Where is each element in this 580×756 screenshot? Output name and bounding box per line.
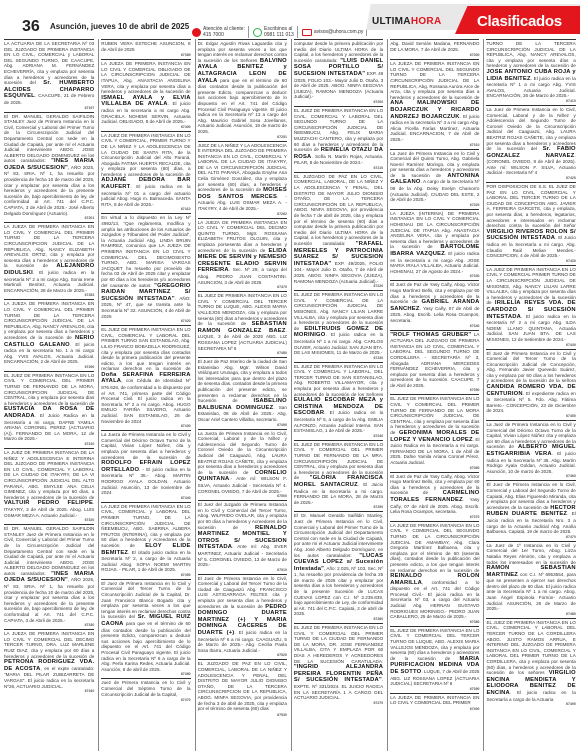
legal-notice: El Juez de Primera Instancia en lo Civil… [486, 480, 575, 540]
notice-code: 67310 [4, 442, 94, 446]
notice-text: Abg. David Servián Madana, FERNANDO DE L… [390, 41, 479, 52]
notice-code: 67430 [486, 259, 575, 263]
notice-text: para que en el término de 60 días contad… [198, 78, 287, 134]
legal-notice: El Juez de Primera Instancia en lo Civil… [101, 579, 190, 679]
legal-notice: EL JUEZ DE PRIMERA INSTANCIA EN LO CIVIL… [390, 394, 479, 471]
deceased-name: "INGRID ALEJANDRA PEREIRA FLORENTIN PEÑA… [294, 664, 383, 683]
notice-text: LA JUEZA DE PRIMERA INSTANCIA EN LO CIVI… [4, 631, 94, 658]
notice-code: 67510 [198, 568, 287, 572]
contact-whatsapp: Escribinos al 0981 111 013 [253, 26, 298, 38]
notice-text: , AÑO 2025, Nº 83, SRIA. Nº 1, ha resuel… [4, 165, 94, 216]
legal-notice: LA JUEZA DE PRIMERA INSTANCIA EN LO CIVI… [101, 59, 190, 131]
legal-notice: LA JUEZA DE PRIMERA INSTANCIA EN LO CIVI… [4, 222, 94, 299]
column-4: computar desde la primera publicación po… [291, 39, 385, 751]
notice-text: para que en el término de 60 días contad… [101, 621, 190, 672]
notice-code: 67251 [198, 135, 287, 139]
notice-code: 67370 [390, 515, 479, 519]
legal-notice: LA ACTUARIA DE LA SECRETARIA Nº 03 DEL J… [4, 39, 94, 112]
notice-text: La Juez de 1º Instancia en lo Civil y Co… [486, 543, 575, 565]
notice-text: RUBEN VERA ESTECHE ASUNCION, 8 de Abril … [101, 41, 190, 52]
legal-notice: EL JUZGADO DE PAZ EN LO CIVIL, COMERCIAL… [294, 172, 383, 290]
notice-text: La Jueza de Primera Instancia en lo Civi… [198, 431, 287, 475]
notice-text: , AÑO 2025, Nº 83, SRIA. Nº 1, ha resuel… [4, 577, 94, 622]
legal-notice: LA JUEZ DE PRIMERA INSTANCIA DE LA NIÑEZ… [4, 448, 94, 524]
legal-notice: LA JUEZ DE PRIMERA INSTANCIA EN LO CIVIL… [486, 265, 575, 349]
notice-text: LA JUEZ DE PRIMERA INSTANCIA EN LO CIVIL… [101, 133, 190, 177]
notice-text: En virtud a lo dispuesto en la Ley Nº 49… [101, 215, 190, 287]
notice-text: LA ACTUARIA DE LA SECRETARIA Nº 03 DEL J… [4, 41, 94, 85]
notice-code: 67410 [486, 99, 575, 103]
legal-notice: LA JUEZA DE PRIMERA INSTANCIA EN LO CIVI… [390, 59, 479, 148]
legal-notice: El Dr. Manuel Geraldo Saifildin Stanley,… [294, 511, 383, 623]
legal-notice: LA JUEZA (INTERINA) DE PRIMERA INSTANCIA… [390, 209, 479, 281]
notice-code: 67340 [4, 689, 94, 693]
legal-notice: El Juez de Paz Interino de la ciudad de … [198, 357, 287, 429]
notice-code: 67440 [101, 496, 190, 500]
notice-text: , conformidad a lo dispuesto en el Art. … [390, 580, 479, 620]
notice-code: 67250 [294, 505, 383, 509]
notice-text: La Juez de Primera Instancia en lo Civil… [486, 107, 575, 151]
legal-notice: La Juez de Primera Instancia en lo Civil… [390, 149, 479, 209]
legal-notice: EL JUEZ DE PRIMERA INSTANCIA EN LO CIVIL… [198, 291, 287, 357]
notice-code: 67440 [486, 343, 575, 347]
notice-text: , Año: 2.025, Nº 103, Sec. Nº 1, ha resu… [294, 566, 383, 617]
legal-notice: LA JUEZ DE PRIMERA INSTANCIA EN LO CIVIL… [101, 502, 190, 579]
notice-text: El DR. MANUEL GERALDO SAIFILDIN STANLEY … [4, 526, 94, 576]
brand-part1: ULTIMA [372, 16, 411, 27]
legal-notice: El Juez de Paz de Yasy Cañy, Abog. Vícto… [390, 280, 479, 329]
brand-part2: HORA [411, 16, 442, 27]
notice-text: JUEZ DE LA NIÑEZ Y LA ADOLESCENCIA E INT… [198, 143, 287, 193]
notice-text: LA JUEZA DE PRIMERA INSTANCIA EN LO CIVI… [4, 224, 94, 268]
notice-code: 67240 [294, 434, 383, 438]
notice-code: 67450 [101, 573, 190, 577]
notice-text: EL JUZGADO DE PAZ EN LO CIVIL, COMERCIAL… [294, 174, 383, 246]
legal-notice: LA JUEZA DE PRIMERA INSTANCIA EN LO CIVI… [198, 218, 287, 292]
legal-notice: EL JUEZ DE PRIMERA INSTANCIA EN LO CIVIL… [294, 440, 383, 512]
notice-code: 67480 [198, 351, 287, 355]
notice-text: La Jueza de Primera Instancia en lo Civi… [101, 432, 190, 459]
notice-code: 67360 [390, 466, 479, 470]
legal-notice: La Juez de 1º Instancia en lo Civil y Co… [486, 541, 575, 618]
legal-notice: POR DISPOSICION DE S.S. EL JUEZ DE PAZ E… [486, 182, 575, 265]
notice-text: El DR. MANUEL GERALDO SAIFILDIN STANLEY … [4, 114, 94, 164]
legal-notice: Abg. David Servián Madana, FERNANDO DE L… [390, 39, 479, 59]
legal-notice: La Juez de Primera Instancia en lo Civil… [486, 420, 575, 480]
notice-code: 67490 [198, 423, 287, 427]
legal-notice: EL JUEZ DE PRIMERA INSTANCIA EN LO CIVIL… [294, 106, 383, 172]
notice-code: 67230 [294, 356, 383, 360]
notice-text: LA JUEZ DE PRIMERA INSTANCIA DE LA NIÑEZ… [4, 450, 94, 500]
notice-code: 67400 [390, 707, 479, 711]
notice-code: 67340 [390, 324, 479, 328]
notice-code: 67389 [101, 53, 190, 57]
legal-notice: EL JUEZ DE PRIMERA INSTANCIA EN LO CIVIL… [294, 290, 383, 362]
notice-text: LA JUEZA DE PRIMERA INSTANCIA EN LO CIVI… [390, 61, 479, 100]
notice-text: LA JUEZ DE PRIMERA INSTANCIA EN LO CIVIL… [390, 523, 479, 573]
notice-code: 67290 [4, 365, 94, 369]
notice-text: El Juez de Primera Instancia en lo Civil… [486, 351, 575, 384]
notice-code: 67270 [294, 701, 383, 705]
notice-code: 67470 [198, 285, 287, 289]
legal-notice: Dr. Edgar Agustín Rivas Laguardia cita y… [198, 39, 287, 141]
column-5: Abg. David Servián Madana, FERNANDO DE L… [387, 39, 481, 751]
notice-text: LA JUEZ DE PRIMERA INSTANCIA EN LO CIVIL… [101, 504, 190, 548]
notice-code: 67310 [390, 143, 479, 147]
deceased-name: VALTUIR PEDRO FELIPPE [4, 500, 93, 506]
legal-notice: EL JUEZ DE PRIMERA INSTANCIA EN LO CIVIL… [486, 618, 575, 708]
legal-notice: LA JUEZA DE PRIMERA INSTANCIA EN LO CIVI… [4, 629, 94, 695]
legal-notice: LA JUEZA DE PRIMERA INSTANCIA EN LO CIVI… [4, 299, 94, 371]
notice-code: 67500 [198, 494, 287, 498]
page-number: 36 [22, 18, 40, 36]
legal-notice: EL JUEZ DE PRIMERA INSTANCIA EN LO CIVIL… [4, 371, 94, 448]
publication-date: Asunción, jueves 10 de abril de 2025 [50, 22, 189, 31]
legal-notice: EL JUZGADO DE PAZ EN LO CIVIL, COMERCIAL… [198, 659, 287, 718]
legal-notice: El DR. MANUEL GERALDO SAIFILDIN STANLEY … [4, 524, 94, 629]
legal-notice: RUBEN VERA ESTECHE ASUNCION, 8 de Abril … [101, 39, 190, 59]
notice-text: EL JUEZ DE PRIMERA INSTANCIA EN LO CIVIL… [294, 108, 383, 152]
notice-code: 67470 [486, 535, 575, 539]
legal-notice: EL JUEZ DE PRIMERA INSTANCIA EN LO CIVIL… [101, 325, 190, 430]
page-header: 36 Asunción, jueves 10 de abril de 2025 … [0, 0, 580, 34]
notice-text: El Juez de Paz Interino de la ciudad de … [198, 359, 287, 403]
notice-code: 67330 [4, 623, 94, 627]
notice-code: 67283 [4, 293, 94, 297]
legal-notice: El Juez de Primera Instancia en lo Civil… [486, 349, 575, 421]
notice-text: LA JUEZA DE PRIMERA INSTANCIA EN LO CIVI… [101, 61, 190, 94]
notice-code: 67480 [486, 612, 575, 616]
notice-code: 67490 [486, 702, 575, 706]
legal-notice: EL JUEZ DE PRIMERA INSTANCIA EN LO CIVIL… [390, 626, 479, 693]
notice-code: 67210 [294, 166, 383, 170]
notice-text: LA JUEZA DE PRIMERA INSTANCIA EN LO CIVI… [390, 695, 479, 706]
legal-notice: La Jueza de Primera Instancia en lo Civi… [198, 429, 287, 501]
notice-code: 67260 [294, 617, 383, 621]
notice-code: 67450 [486, 414, 575, 418]
legal-notice: EL JUEZ DE PRIMERA INSTANCIA EN LO CIVIL… [294, 362, 383, 440]
notice-code: 67200 [294, 100, 383, 104]
column-2: RUBEN VERA ESTECHE ASUNCION, 8 de Abril … [98, 39, 192, 751]
notice-code: 67380 [390, 620, 479, 624]
notice-text: EL JUZGADO DE PAZ EN LO CIVIL, COMERCIAL… [198, 661, 287, 711]
classifieds-columns: LA ACTUARIA DE LA SECRETARIA Nº 03 DEL J… [2, 39, 578, 751]
legal-notice: computar desde la primera publicación po… [294, 39, 383, 106]
legal-notice: TURNO DE LA TERCERA CIRCUNSCRIPCIÓN JUDI… [486, 39, 575, 105]
column-1: LA ACTUARIA DE LA SECRETARIA Nº 03 DEL J… [2, 39, 96, 751]
notice-code: 67390 [390, 687, 479, 691]
notice-code: 67520 [198, 653, 287, 657]
notice-text: EL JUEZ DE PRIMERA INSTANCIA EN LO CIVIL… [486, 620, 575, 675]
phone-icon [192, 28, 201, 37]
notice-text: EL JUEZ DE PRIMERA INSTANCIA EN LO CIVIL… [294, 364, 383, 397]
whatsapp-icon [253, 28, 262, 37]
legal-notice: En virtud a lo dispuesto en la Ley Nº 49… [101, 213, 190, 325]
notice-code: 67420 [101, 319, 190, 323]
legal-notice: LA JUEZA DE PRIMERA INSTANCIA EN LO CIVI… [390, 693, 479, 713]
notice-code: 67530 [198, 713, 287, 717]
legal-notice: La Juez de Primera Instancia en lo Civil… [486, 105, 575, 182]
section-title: Clasificados [477, 13, 562, 30]
column-6: TURNO DE LA TERCERA CIRCUNSCRIPCIÓN JUDI… [483, 39, 577, 751]
legal-notice: JUEZ DE LA NIÑEZ Y LA ADOLESCENCIA E INT… [198, 141, 287, 218]
notice-text: EL JUEZ DE PRIMERA INSTANCIA EN LO CIVIL… [101, 327, 190, 371]
contact-whatsapp-value: 0981 111 013 [264, 32, 294, 38]
deceased-name: "ROLF THOMAS GRUBER" [390, 332, 471, 338]
newspaper-page: 36 Asunción, jueves 10 de abril de 2025 … [0, 0, 580, 756]
notice-text: EL JUEZ DE PRIMERA INSTANCIA EN LO CIVIL… [4, 373, 94, 406]
mail-icon [302, 29, 312, 36]
legal-notice: El DR. MANUEL GERALDO SAIFILDIN STANLEY … [4, 112, 94, 223]
legal-notice: EL JUEZ DE PRIMERA INSTANCIA EN LO CIVIL… [294, 623, 383, 707]
deceased-name: GERONIMA MORALES DE LOPEZ Y VENANCIO LOP… [390, 430, 479, 443]
notice-code: 67201 [4, 216, 94, 220]
notice-code: 67320 [4, 518, 94, 522]
notice-text: TURNO DE LA TERCERA CIRCUNSCRIPCIÓN JUDI… [486, 41, 575, 68]
brand-logo: ULTIMAHORA [372, 16, 441, 27]
notice-code: 67400 [101, 125, 190, 129]
legal-notice: "ROLF THOMAS GRUBER" LA ACTUARIA DEL JUZ… [390, 330, 479, 395]
legal-notice: El Juez de Primera Instancia en lo Civil… [198, 574, 287, 660]
legal-notice: Juez de Primera Instancia en lo Civil y … [101, 678, 190, 704]
legal-notice: El Juez de Paz de Yasy Cañy, Abog. Vícto… [390, 472, 479, 521]
notice-code: 67262 [198, 212, 287, 216]
legal-notice: La Jueza de Primera Instancia en lo Civi… [101, 430, 190, 502]
notice-code: 67320 [390, 203, 479, 207]
notice-text: El Dr. Manuel Geraldo Saifildin Stanley,… [294, 513, 383, 557]
notice-code: 67220 [294, 284, 383, 288]
contact-phone-value: 415 7000 [203, 32, 245, 38]
notice-code: 67197 [4, 106, 94, 110]
notice-text: Juez de Primera Instancia en lo Civil y … [101, 680, 190, 696]
notice-text: , con Cédula de Identidad Nº 876.626, de… [101, 378, 190, 423]
notice-code: 67460 [101, 672, 190, 676]
legal-notice: LA JUEZ DE PRIMERA INSTANCIA EN LO CIVIL… [101, 131, 190, 214]
notice-code: 67350 [390, 388, 479, 392]
notice-text: con C.I. Nº 6953554, para que se present… [486, 572, 575, 612]
legal-notice: El Juez del Juzgado de Primera Instancia… [198, 500, 287, 574]
section-banner: Clasificados [455, 6, 580, 34]
notice-code: 67330 [390, 274, 479, 278]
notice-code: 67430 [101, 424, 190, 428]
contact-phone: Atención al cliente: 415 7000 [192, 26, 249, 38]
notice-text: EL JUEZ DE PRIMERA INSTANCIA EN LO CIVIL… [294, 625, 383, 664]
notice-code: 67410 [101, 207, 190, 211]
notice-text: LA ACTUARIA DEL JUZGADO DE PRIMERA INSTA… [390, 332, 479, 388]
legal-notice: LA JUEZ DE PRIMERA INSTANCIA EN LO CIVIL… [390, 521, 479, 626]
notice-code: 67460 [486, 474, 575, 478]
notice-code: 67470 [101, 698, 190, 702]
column-3: Dr. Edgar Agustín Rivas Laguardia cita y… [195, 39, 289, 751]
notice-text: POR DISPOSICION DE S.S. EL JUEZ DE PAZ E… [486, 184, 575, 228]
notice-code: 67300 [390, 53, 479, 57]
notice-code: 67420 [486, 176, 575, 180]
